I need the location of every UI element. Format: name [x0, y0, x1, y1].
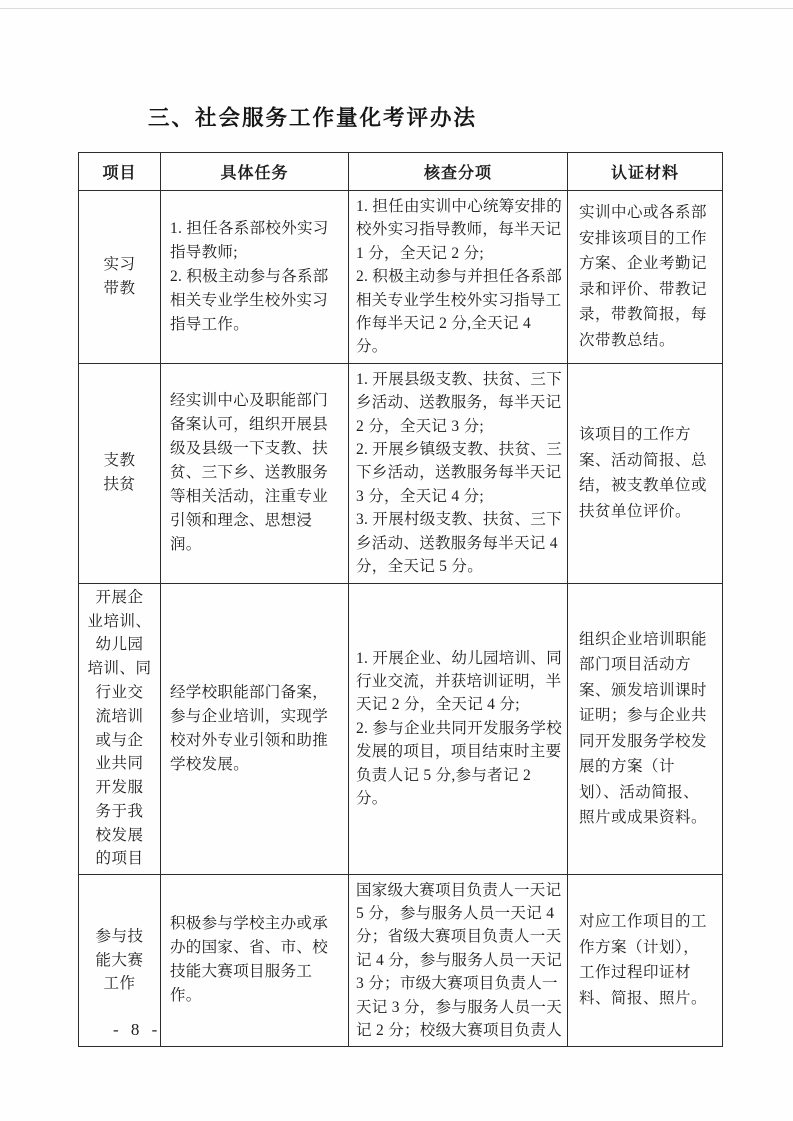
- evaluation-table: 项目 具体任务 核查分项 认证材料 实习 带教 1. 担任各系部校外实习指导教师…: [78, 152, 723, 1047]
- scan-artifact-line: [0, 8, 793, 9]
- document-page: 三、社会服务工作量化考评办法 项目 具体任务 核查分项 认证材料 实习 带教 1…: [0, 0, 793, 1121]
- col-header-cert: 认证材料: [568, 153, 723, 191]
- table-header-row: 项目 具体任务 核查分项 认证材料: [79, 153, 723, 191]
- cell-check-support-teaching: 1. 开展县级支教、扶贫、三下乡活动、送教服务，每半天记 2 分，全天记 3 分…: [349, 363, 568, 583]
- cell-cert-enterprise-training: 组织企业培训职能部门项目活动方案、颁发培训课时证明；参与企业共同开发服务学校发展…: [568, 583, 723, 874]
- col-header-check: 核查分项: [349, 153, 568, 191]
- col-header-task: 具体任务: [161, 153, 349, 191]
- table-row: 参与技 能大赛 工作 积极参与学校主办或承办的国家、省、市、校技能大赛项目服务工…: [79, 874, 723, 1047]
- table-row: 开展企 业培训、 幼儿园 培训、同 行业交 流培训 或与企 业共同 开发服 务于…: [79, 583, 723, 874]
- cell-task-support-teaching: 经实训中心及职能部门备案认可，组织开展县级及县级一下支教、扶贫、三下乡、送教服务…: [161, 363, 349, 583]
- col-header-project: 项目: [79, 153, 161, 191]
- cell-check-internship: 1. 担任由实训中心统筹安排的校外实习指导教师，每半天记 1 分，全天记 2 分…: [349, 191, 568, 364]
- cell-cert-support-teaching: 该项目的工作方案、活动简报、总结，被支教单位或扶贫单位评价。: [568, 363, 723, 583]
- cell-task-skills-competition: 积极参与学校主办或承办的国家、省、市、校技能大赛项目服务工作。: [161, 874, 349, 1047]
- cell-project-enterprise-training: 开展企 业培训、 幼儿园 培训、同 行业交 流培训 或与企 业共同 开发服 务于…: [79, 583, 161, 874]
- cell-task-enterprise-training: 经学校职能部门备案，参与企业培训，实现学校对外专业引领和助推学校发展。: [161, 583, 349, 874]
- table-row: 支教 扶贫 经实训中心及职能部门备案认可，组织开展县级及县级一下支教、扶贫、三下…: [79, 363, 723, 583]
- cell-project-internship: 实习 带教: [79, 191, 161, 364]
- cell-check-enterprise-training: 1. 开展企业、幼儿园培训、同行业交流，并获培训证明，半天记 2 分，全天记 4…: [349, 583, 568, 874]
- table-row: 实习 带教 1. 担任各系部校外实习指导教师; 2. 积极主动参与各系部相关专业…: [79, 191, 723, 364]
- cell-cert-skills-competition: 对应工作项目的工作方案（计划），工作过程印证材料、简报、照片。: [568, 874, 723, 1047]
- cell-check-skills-competition: 国家级大赛项目负责人一天记 5 分，参与服务人员一天记 4 分；省级大赛项目负责…: [349, 874, 568, 1047]
- cell-task-internship: 1. 担任各系部校外实习指导教师; 2. 积极主动参与各系部相关专业学生校外实习…: [161, 191, 349, 364]
- cell-project-support-teaching: 支教 扶贫: [79, 363, 161, 583]
- page-number: - 8 -: [113, 1020, 161, 1040]
- cell-cert-internship: 实训中心或各系部安排该项目的工作方案、企业考勤记录和评价、带教记录，带教简报，每…: [568, 191, 723, 364]
- page-title: 三、社会服务工作量化考评办法: [148, 101, 477, 132]
